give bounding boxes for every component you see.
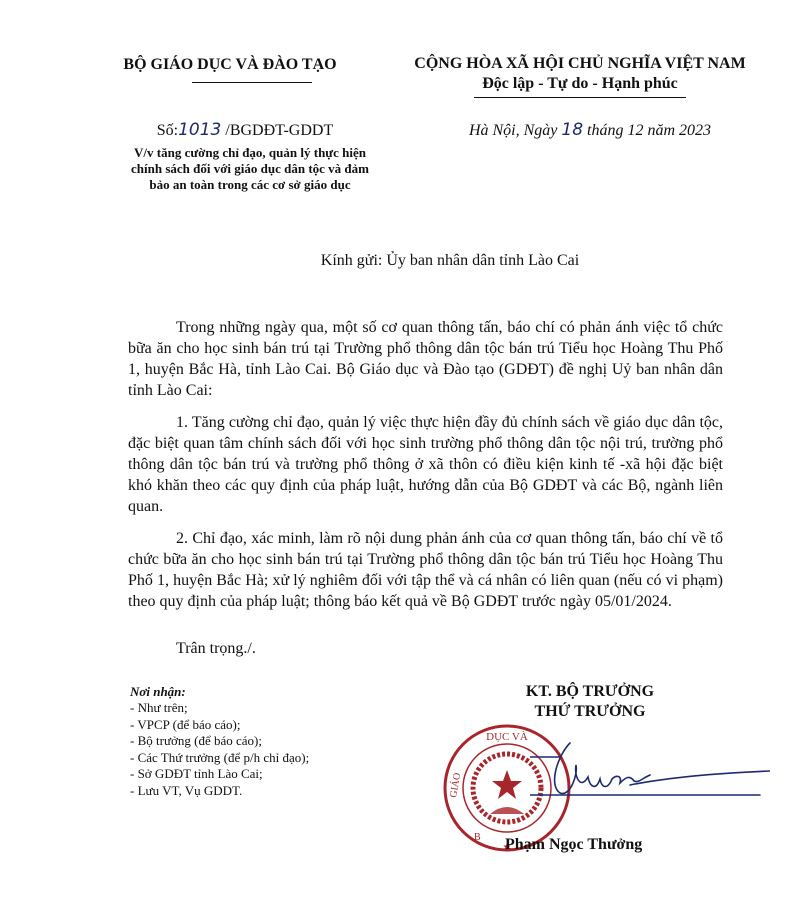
recipient-item: - Các Thứ trưởng (để p/h chỉ đạo); [130,750,309,767]
svg-text:GIÁO: GIÁO [447,772,463,799]
recipients-title: Nơi nhận: [130,684,186,700]
dateline: Hà Nội, Ngày 18 tháng 12 năm 2023 [425,120,755,140]
recipient-item: - Lưu VT, Vụ GDDT. [130,783,309,800]
svg-text:B: B [474,832,481,843]
signatory-on-behalf: KT. BỘ TRƯỞNG [470,682,710,702]
recipient-line: Kính gửi: Ủy ban nhân dân tỉnh Lào Cai [150,252,750,270]
national-motto: Độc lập - Tự do - Hạnh phúc [400,75,760,93]
closing-remark: Trân trọng./. [176,640,256,658]
motto-underline [474,97,686,98]
document-number: Số:1013 /BGDĐT-GDDT [120,120,370,140]
ministry-name: BỘ GIÁO DỤC VÀ ĐÀO TẠO [110,56,350,74]
recipient-item: - VPCP (để báo cáo); [130,717,309,734]
dateline-prefix: Hà Nội, Ngày [469,122,561,139]
document-number-suffix: /BGDĐT-GDDT [221,122,333,139]
signatory-name: Phạm Ngọc Thưởng [505,836,642,854]
dateline-suffix: tháng 12 năm 2023 [583,122,711,139]
recipient-item: - Như trên; [130,700,309,717]
dateline-handwritten-day: 18 [561,120,583,140]
recipients-list: - Như trên; - VPCP (để báo cáo); - Bộ tr… [130,700,309,799]
recipient-item: - Bộ trưởng (để báo cáo); [130,733,309,750]
document-number-prefix: Số: [157,122,178,139]
body-paragraph-item-2: 2. Chỉ đạo, xác minh, làm rõ nội dung ph… [128,528,723,612]
svg-text:DỤC VÀ: DỤC VÀ [486,731,528,743]
handwritten-signature-icon [530,735,770,815]
ministry-underline [192,82,312,83]
body-paragraph-item-1: 1. Tăng cường chỉ đạo, quản lý việc thực… [128,412,723,517]
document-number-handwritten: 1013 [178,120,221,140]
recipient-item: - Sở GDĐT tỉnh Lào Cai; [130,766,309,783]
republic-name: CỘNG HÒA XÃ HỘI CHỦ NGHĨA VIỆT NAM [400,55,760,73]
signatory-block: KT. BỘ TRƯỞNG THỨ TRƯỞNG [470,682,710,722]
body-paragraph-intro: Trong những ngày qua, một số cơ quan thô… [128,317,723,401]
document-subject: V/v tăng cường chỉ đạo, quản lý thực hiệ… [130,145,370,193]
